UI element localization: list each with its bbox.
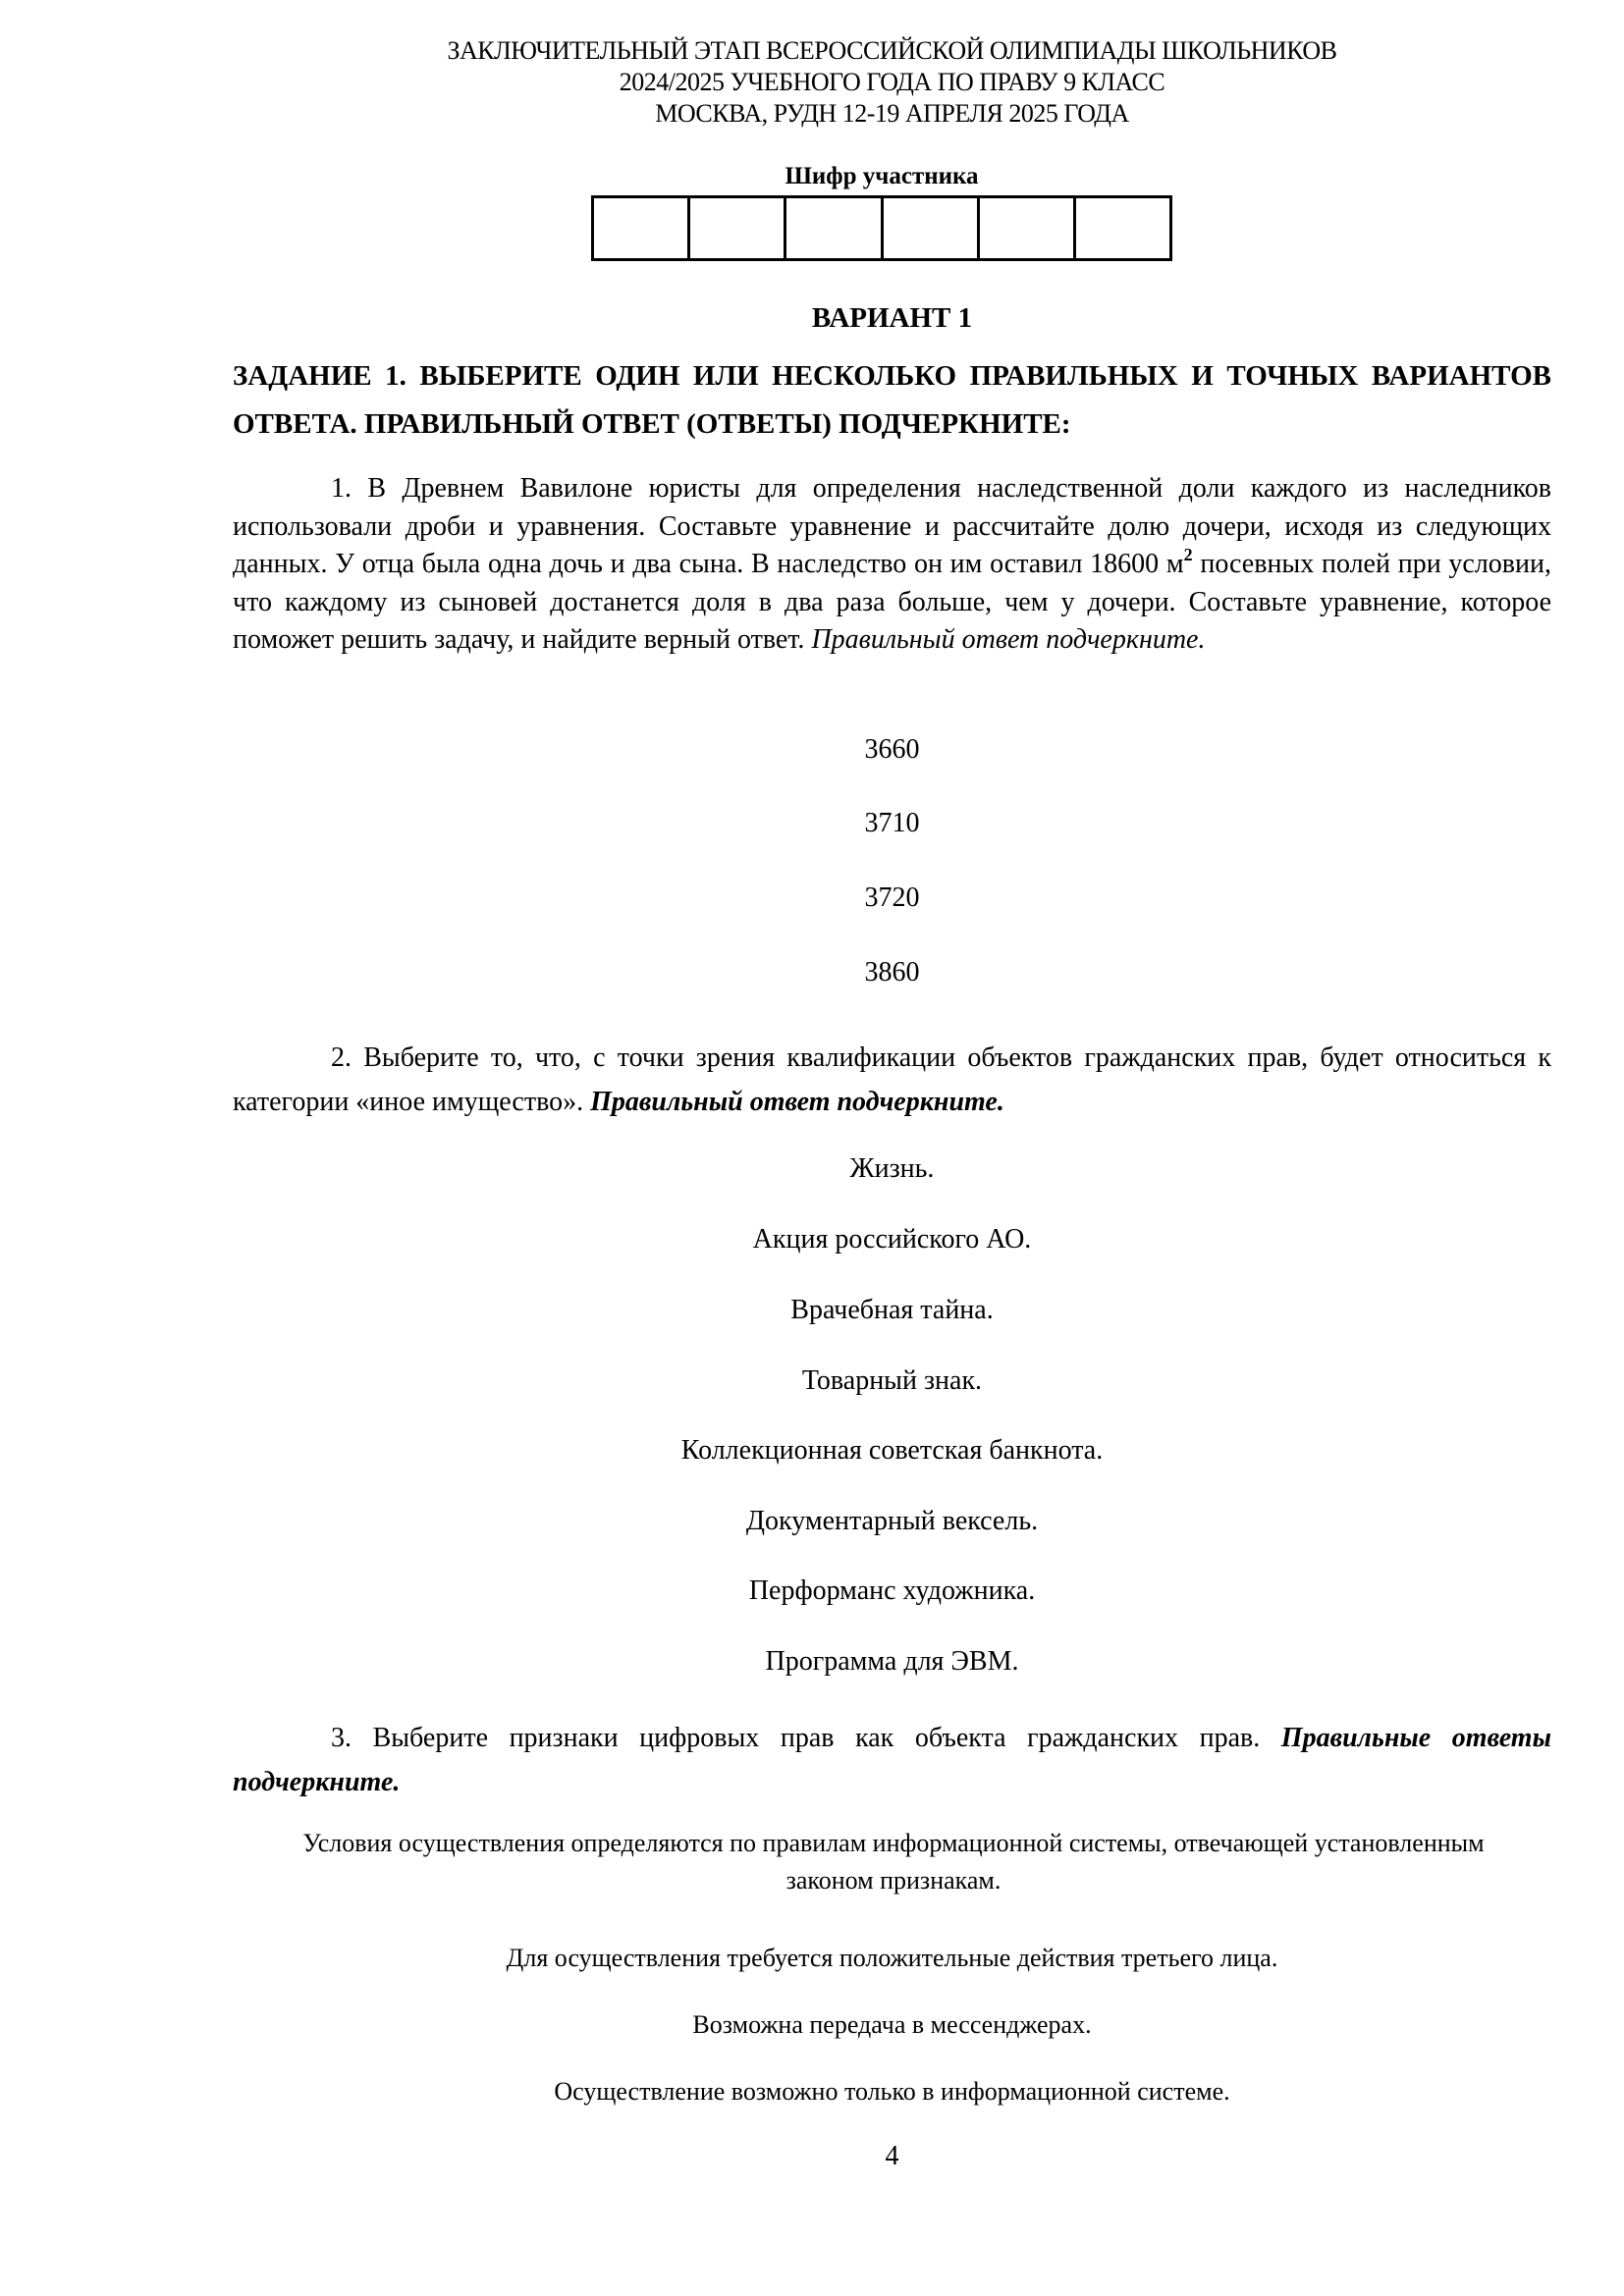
page-number: 4 <box>233 2140 1551 2173</box>
header-line-year-grade: 2024/2025 УЧЕБНОГО ГОДА ПО ПРАВУ 9 КЛАСС <box>233 67 1551 98</box>
variant-title: ВАРИАНТ 1 <box>233 301 1551 335</box>
cipher-box[interactable] <box>690 198 786 258</box>
question-2-option[interactable]: Врачебная тайна. <box>233 1294 1551 1327</box>
question-3-text: 3. Выберите признаки цифровых прав как о… <box>233 1716 1551 1804</box>
cipher-box[interactable] <box>1076 198 1169 258</box>
participant-cipher-label: Шифр участника <box>589 163 1174 190</box>
question-3-option[interactable]: Возможна передача в мессенджерах. <box>233 2006 1551 2044</box>
question-1-option[interactable]: 3660 <box>233 733 1551 767</box>
question-1-instruction: Правильный ответ подчеркните. <box>811 624 1205 655</box>
question-1-option[interactable]: 3860 <box>233 956 1551 989</box>
question-1-option[interactable]: 3710 <box>233 807 1551 840</box>
header-line-olympiad: ЗАКЛЮЧИТЕЛЬНЫЙ ЭТАП ВСЕРОССИЙСКОЙ ОЛИМПИ… <box>233 35 1551 67</box>
question-3-option[interactable]: Осуществление возможно только в информац… <box>233 2073 1551 2110</box>
question-3-option[interactable]: Условия осуществления определяются по пр… <box>285 1825 1502 1899</box>
question-2-option[interactable]: Коллекционная советская банкнота. <box>233 1434 1551 1468</box>
cipher-box[interactable] <box>980 198 1076 258</box>
task-heading: ЗАДАНИЕ 1. ВЫБЕРИТЕ ОДИН ИЛИ НЕСКОЛЬКО П… <box>233 352 1551 449</box>
question-3-option[interactable]: Для осуществления требуется положительны… <box>233 1940 1551 1977</box>
question-1-text: 1. В Древнем Вавилоне юристы для определ… <box>233 470 1551 660</box>
question-2-option[interactable]: Акция российского АО. <box>233 1223 1551 1256</box>
question-2-option[interactable]: Программа для ЭВМ. <box>233 1645 1551 1679</box>
cipher-box[interactable] <box>594 198 690 258</box>
question-2-text: 2. Выберите то, что, с точки зрения квал… <box>233 1036 1551 1124</box>
participant-cipher-boxes <box>591 195 1172 261</box>
question-2-option[interactable]: Документарный вексель. <box>233 1505 1551 1538</box>
document-header: ЗАКЛЮЧИТЕЛЬНЫЙ ЭТАП ВСЕРОССИЙСКОЙ ОЛИМПИ… <box>233 35 1551 130</box>
question-2-option[interactable]: Товарный знак. <box>233 1364 1551 1398</box>
question-2-option[interactable]: Жизнь. <box>233 1152 1551 1186</box>
superscript-squared: 2 <box>1184 545 1193 564</box>
question-2-instruction: Правильный ответ подчеркните. <box>590 1087 1004 1117</box>
header-line-location-date: МОСКВА, РУДН 12-19 АПРЕЛЯ 2025 ГОДА <box>233 98 1551 130</box>
document-page: ЗАКЛЮЧИТЕЛЬНЫЙ ЭТАП ВСЕРОССИЙСКОЙ ОЛИМПИ… <box>0 0 1624 2296</box>
cipher-box[interactable] <box>786 198 883 258</box>
question-1-option[interactable]: 3720 <box>233 881 1551 915</box>
question-3-body: 3. Выберите признаки цифровых прав как о… <box>331 1723 1281 1753</box>
cipher-box[interactable] <box>884 198 980 258</box>
question-2-option[interactable]: Перформанс художника. <box>233 1575 1551 1608</box>
